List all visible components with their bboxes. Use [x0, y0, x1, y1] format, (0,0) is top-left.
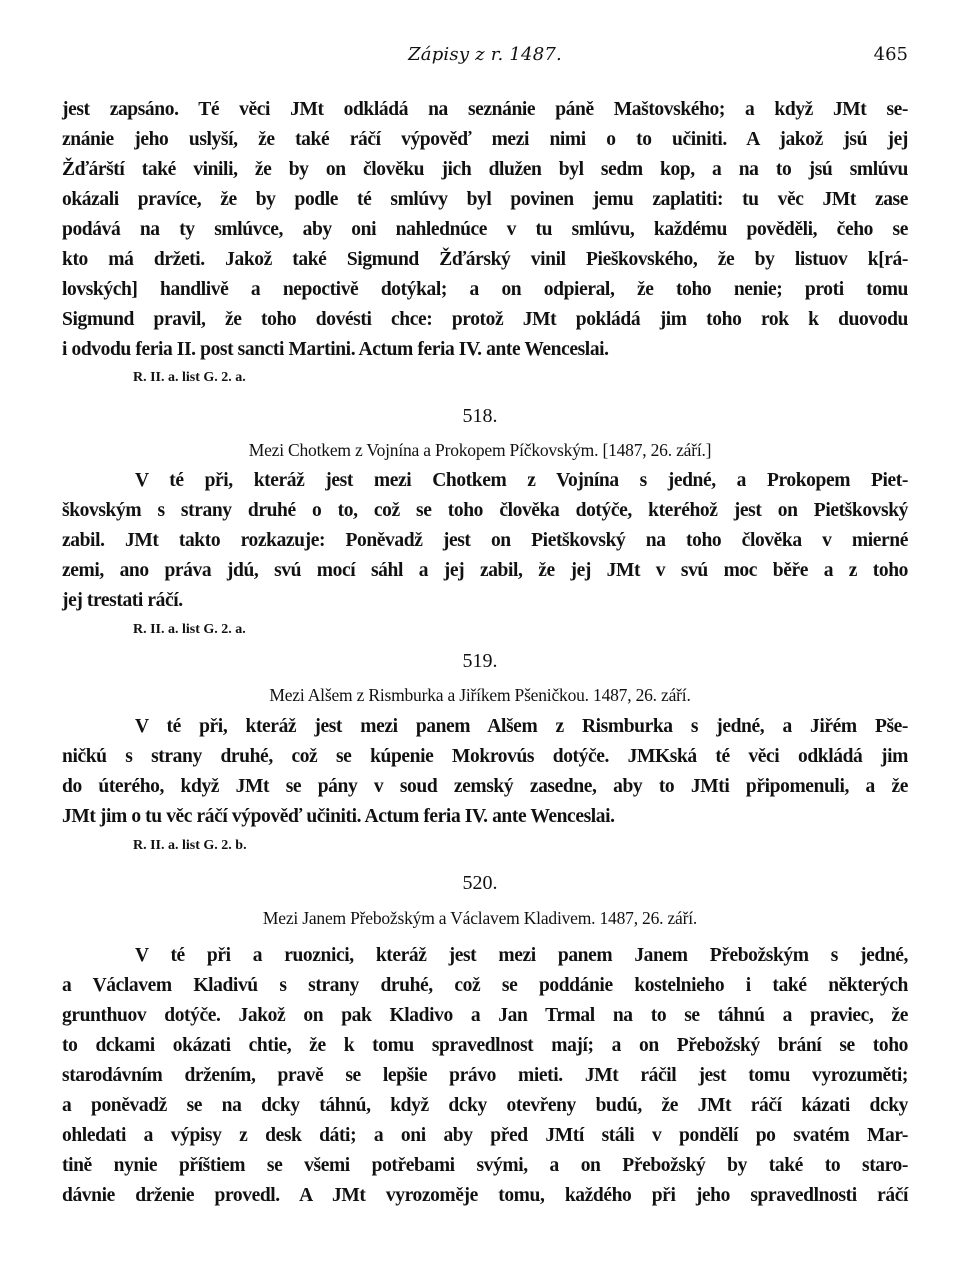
text-line: a Václavem Kladivú s strany druhé, což s… — [62, 971, 908, 1001]
running-header: Zápisy z r. 1487. 465 — [62, 44, 908, 68]
text-line: zemi, ano práva jdú, svú mocí sáhl a jej… — [62, 556, 908, 586]
text-line: podává na ty smlúvce, aby oni nahlednúce… — [62, 215, 908, 245]
text-line: okázali pravíce, že by podle té smlúvy b… — [62, 185, 908, 215]
text-line: Žďárští také vinili, že by on člověku ji… — [62, 155, 908, 185]
text-line: lovských] handlivě a nepoctivě dotýkal; … — [62, 275, 908, 305]
entry-heading: Mezi Alšem z Rismburka a Jiříkem Pšeničk… — [0, 685, 960, 706]
text-line: kto má držeti. Jakož také Sigmund Žďársk… — [62, 245, 908, 275]
text-line: ničkú s strany druhé, což se kúpenie Mok… — [62, 742, 908, 772]
entry-number: 519. — [0, 650, 960, 673]
text-line: Sigmund pravil, že toho dovésti chce: pr… — [62, 305, 908, 335]
source-citation: R. II. a. list G. 2. a. — [133, 370, 246, 386]
entry-number: 518. — [0, 405, 960, 428]
text-line: V té při, kteráž jest mezi Chotkem z Voj… — [135, 466, 908, 496]
text-line: znánie jeho uslyší, že také ráčí výpověď… — [62, 125, 908, 155]
entry-number: 520. — [0, 872, 960, 895]
text-line: grunthuov dotýče. Jakož on pak Kladivo a… — [62, 1001, 908, 1031]
source-citation: R. II. a. list G. 2. a. — [133, 622, 246, 638]
text-line: JMt jim o tu věc ráčí výpověď učiniti. A… — [62, 802, 908, 832]
text-line: V té při a ruoznici, kteráž jest mezi pa… — [135, 941, 908, 971]
entry-heading: Mezi Chotkem z Vojnína a Prokopem Píčkov… — [0, 440, 960, 461]
document-page: Zápisy z r. 1487. 465 jest zapsáno. Té v… — [0, 0, 960, 1285]
text-line: a poněvadž se na dcky táhnú, když dcky o… — [62, 1091, 908, 1121]
running-title: Zápisy z r. 1487. — [62, 44, 908, 65]
source-citation: R. II. a. list G. 2. b. — [133, 838, 247, 854]
text-line: zabil. JMt takto rozkazuje: Poněvadž jes… — [62, 526, 908, 556]
text-line: do úterého, když JMt se pány v soud zems… — [62, 772, 908, 802]
text-line: ohledati a výpisy z desk dáti; a oni aby… — [62, 1121, 908, 1151]
text-line: jej trestati ráčí. — [62, 586, 908, 616]
text-line: i odvodu feria II. post sancti Martini. … — [62, 335, 908, 365]
text-line: jest zapsáno. Té věci JMt odkládá na sez… — [62, 95, 908, 125]
text-line: V té při, kteráž jest mezi panem Alšem z… — [135, 712, 908, 742]
text-line: dávnie drženie provedl. A JMt vyrozoměje… — [62, 1181, 908, 1211]
text-line: to dckami okázati chtie, že k tomu sprav… — [62, 1031, 908, 1061]
text-line: tině nynie příštiem se všemi potřebami s… — [62, 1151, 908, 1181]
text-line: starodávním držením, pravě se lepšie prá… — [62, 1061, 908, 1091]
entry-heading: Mezi Janem Přebožským a Václavem Kladive… — [0, 908, 960, 929]
text-line: škovským s strany druhé o to, což se toh… — [62, 496, 908, 526]
page-number: 465 — [874, 44, 908, 65]
